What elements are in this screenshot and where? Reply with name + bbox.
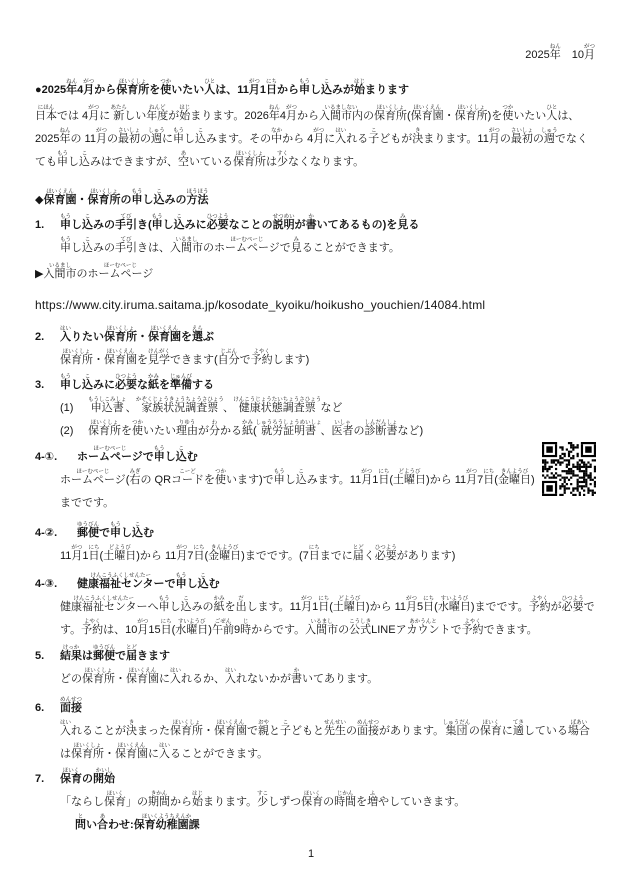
item-text: 健康福祉センターけんこうふくしせんたーで申もうし込こむ <box>77 573 595 596</box>
item-text: 保育ほいくの開始かいし <box>60 768 595 791</box>
step-7-heading: 7.保育ほいくの開始かいし <box>35 768 595 791</box>
step-1-body: 申もうし込こみの手引てびきは、入間市いるましのホームページほーむぺーじで見みるこ… <box>60 237 595 260</box>
item-text: 結果けっかは郵便ゆうびんで届とどきます <box>60 645 595 668</box>
step-6-body: 入はいれることが決きまった保育所ほいくしょ・保育園ほいくえんで親おやと子こどもと… <box>60 720 595 766</box>
step-2-body: 保育所ほいくしょ・保育園ほいくえんを見学けんがくできます(自分じぶんで予約よやく… <box>60 349 595 372</box>
step-3-doc-2: (2)保育所ほいくしょを使つかいたい理由りゆうが分わかる紙かみ(就労証明書しゅう… <box>60 420 595 443</box>
document-page: 2025年ねん 10月がつ●2025年ねん4月がつから保育所ほいくしょを使つかい… <box>0 0 622 880</box>
item-text: 申もうし込こみの手引てびき(申もうし込こみに必要ひつようなことの説明せつめいが書… <box>60 214 595 237</box>
item-number: (2) <box>60 420 88 443</box>
step-1-heading: 1.申もうし込こみの手引てびき(申もうし込こみに必要ひつようなことの説明せつめい… <box>35 214 595 237</box>
item-text: 保育所ほいくしょを使つかいたい理由りゆうが分わかる紙かみ(就労証明書しゅうろうし… <box>88 420 595 443</box>
homepage-url[interactable]: https://www.city.iruma.saitama.jp/kosoda… <box>35 294 595 317</box>
item-text: 申込書もうしこみしょ、家族状況調査票かぞくじょうきょうちょうさひょう、健康状態調… <box>88 397 595 420</box>
contact-line: 問とい合あわせ:保育幼稚園課ほいくようちえんか <box>75 814 595 837</box>
date-line: 2025年ねん 10月がつ <box>35 44 595 67</box>
item-number: 5. <box>35 645 60 668</box>
step-3-doc-1: (1)申込書もうしこみしょ、家族状況調査票かぞくじょうきょうちょうさひょう、健康… <box>60 397 595 420</box>
step-4-1-body: ホームページほーむぺーじ(右みぎの QRコードこーどを使つかいます)で申もうし込… <box>60 469 595 515</box>
step-3-heading: 3.申もうし込こみに必要ひつような紙かみを準備じゅんびする <box>35 374 595 397</box>
step-5-body: どの保育所ほいくしょ・保育園ほいくえんに入はいれるか、入はいれないかが書かいてあ… <box>60 668 595 691</box>
item-text: ホームページほーむぺーじで申もうし込こむ <box>77 446 595 469</box>
step-6-heading: 6.面接めんせつ <box>35 697 595 720</box>
step-4-3-body: 健康福祉センターけんこうふくしせんたーへ申もうし込こみの紙かみを出だします。11… <box>60 596 595 642</box>
qr-code-image <box>542 442 596 496</box>
item-text: 面接めんせつ <box>60 697 595 720</box>
homepage-label: ▶入間市いるましのホームページほーむぺーじ <box>35 263 595 286</box>
page-number: 1 <box>0 848 622 860</box>
qr-code-graphic <box>542 442 596 496</box>
item-number: 3. <box>35 374 60 397</box>
document-blocks: 2025年ねん 10月がつ●2025年ねん4月がつから保育所ほいくしょを使つかい… <box>35 44 595 837</box>
step-4-2-body: 11月がつ1日にち(土曜日どようび)から 11月がつ7日にち(金曜日きんようび)… <box>60 545 595 568</box>
item-text: 入はいりたい保育所ほいくしょ・保育園ほいくえんを選えらぶ <box>60 326 595 349</box>
item-text: 郵便ゆうびんで申もうし込こむ <box>77 522 595 545</box>
item-number: 7. <box>35 768 60 791</box>
step-4-3-heading: 4-③.健康福祉センターけんこうふくしせんたーで申もうし込こむ <box>35 573 595 596</box>
step-2-heading: 2.入はいりたい保育所ほいくしょ・保育園ほいくえんを選えらぶ <box>35 326 595 349</box>
item-number: 4-③. <box>35 573 77 596</box>
intro-paragraph: 日本にほんでは 4月がつに 新あたらしい年度ねんどが始はじまります。2026年ね… <box>35 105 595 174</box>
method-section-heading: ◆保育園ほいくえん・保育所ほいくしょの申もうし込こみの方法ほうほう <box>35 189 595 212</box>
item-number: 4-①. <box>35 446 77 469</box>
step-5-heading: 5.結果けっかは郵便ゆうびんで届とどきます <box>35 645 595 668</box>
item-number: (1) <box>60 397 88 420</box>
item-number: 4-②. <box>35 522 77 545</box>
step-4-1-heading: 4-①.ホームページほーむぺーじで申もうし込こむ <box>35 446 595 469</box>
item-text: 申もうし込こみに必要ひつような紙かみを準備じゅんびする <box>60 374 595 397</box>
doc-title: ●2025年ねん4月がつから保育所ほいくしょを使つかいたい人ひとは、11月がつ1… <box>35 79 595 102</box>
step-7-body: 「ならし保育ほいく」の期間きかんから始はじまります。少すこしずつ保育ほいくの時間… <box>60 791 595 814</box>
item-number: 1. <box>35 214 60 237</box>
item-number: 2. <box>35 326 60 349</box>
item-number: 6. <box>35 697 60 720</box>
step-4-2-heading: 4-②.郵便ゆうびんで申もうし込こむ <box>35 522 595 545</box>
